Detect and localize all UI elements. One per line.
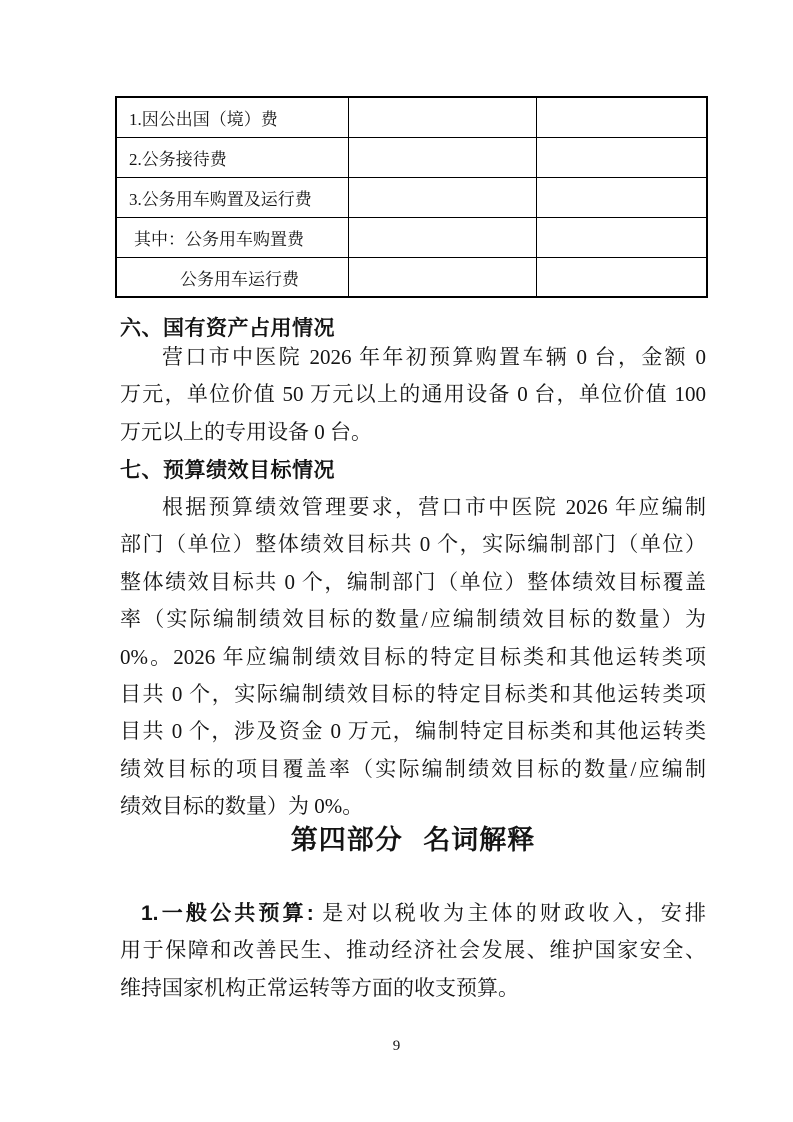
text-line: 营口市中医院 2026 年年初预算购置车辆 0 台，金额 0 — [120, 339, 706, 376]
text-line: 绩效目标的项目覆盖率（实际编制绩效目标的数量/应编制 — [120, 751, 706, 788]
row-label-cell: 2.公务接待费 — [116, 137, 348, 177]
part-four-heading: 第四部分 名词解释 — [120, 824, 706, 856]
budget-table-body: 1.因公出国（境）费2.公务接待费3.公务用车购置及运行费其中：公务用车购置费公… — [116, 97, 707, 297]
table-row: 其中：公务用车购置费 — [116, 217, 707, 257]
value-cell — [536, 257, 707, 297]
text-line: 目共 0 个，涉及资金 0 万元，编制特定目标类和其他运转类 — [120, 713, 706, 750]
text-line: 用于保障和改善民生、推动经济社会发展、维护国家安全、 — [120, 932, 706, 969]
definition-paragraph: 1.一般公共预算: 是对以税收为主体的财政收入，安排 用于保障和改善民生、推动经… — [120, 895, 706, 1007]
document-page: 1.因公出国（境）费2.公务接待费3.公务用车购置及运行费其中：公务用车购置费公… — [0, 0, 793, 1122]
value-cell — [536, 177, 707, 217]
value-cell — [536, 217, 707, 257]
table-row: 公务用车运行费 — [116, 257, 707, 297]
text-line: 根据预算绩效管理要求，营口市中医院 2026 年应编制 — [120, 489, 706, 526]
text-line: 率（实际编制绩效目标的数量/应编制绩效目标的数量）为 — [120, 601, 706, 638]
table-row: 3.公务用车购置及运行费 — [116, 177, 707, 217]
definition-term: 1.一般公共预算: — [141, 902, 314, 925]
table-row: 2.公务接待费 — [116, 137, 707, 177]
value-cell — [536, 97, 707, 137]
value-cell — [348, 217, 536, 257]
text-line: 0%。2026 年应编制绩效目标的特定目标类和其他运转类项 — [120, 639, 706, 676]
text-line: 绩效目标的数量）为 0%。 — [120, 788, 706, 825]
row-label-cell: 1.因公出国（境）费 — [116, 97, 348, 137]
row-label-cell: 公务用车运行费 — [116, 257, 348, 297]
value-cell — [348, 97, 536, 137]
table-row: 1.因公出国（境）费 — [116, 97, 707, 137]
text-line: 部门（单位）整体绩效目标共 0 个，实际编制部门（单位） — [120, 526, 706, 563]
definition-continued-lines: 用于保障和改善民生、推动经济社会发展、维护国家安全、维持国家机构正常运转等方面的… — [120, 932, 706, 1007]
page-number: 9 — [0, 1036, 793, 1056]
budget-expense-table: 1.因公出国（境）费2.公务接待费3.公务用车购置及运行费其中：公务用车购置费公… — [115, 96, 708, 298]
text-line: 万元以上的专用设备 0 台。 — [120, 414, 706, 451]
section-seven-heading: 七、预算绩效目标情况 — [120, 452, 706, 489]
definition-line-1-rest: 是对以税收为主体的财政收入，安排 — [314, 901, 706, 925]
value-cell — [536, 137, 707, 177]
value-cell — [348, 257, 536, 297]
value-cell — [348, 137, 536, 177]
text-line: 目共 0 个，实际编制绩效目标的特定目标类和其他运转类项 — [120, 676, 706, 713]
text-line: 整体绩效目标共 0 个，编制部门（单位）整体绩效目标覆盖 — [120, 564, 706, 601]
text-line: 万元，单位价值 50 万元以上的通用设备 0 台，单位价值 100 — [120, 376, 706, 413]
text-line: 维持国家机构正常运转等方面的收支预算。 — [120, 970, 706, 1007]
value-cell — [348, 177, 536, 217]
definition-line-1: 1.一般公共预算: 是对以税收为主体的财政收入，安排 — [120, 895, 706, 932]
row-label-cell: 3.公务用车购置及运行费 — [116, 177, 348, 217]
section-six-paragraph: 营口市中医院 2026 年年初预算购置车辆 0 台，金额 0万元，单位价值 50… — [120, 339, 706, 451]
section-seven-paragraph: 根据预算绩效管理要求，营口市中医院 2026 年应编制部门（单位）整体绩效目标共… — [120, 489, 706, 826]
row-label-cell: 其中：公务用车购置费 — [116, 217, 348, 257]
